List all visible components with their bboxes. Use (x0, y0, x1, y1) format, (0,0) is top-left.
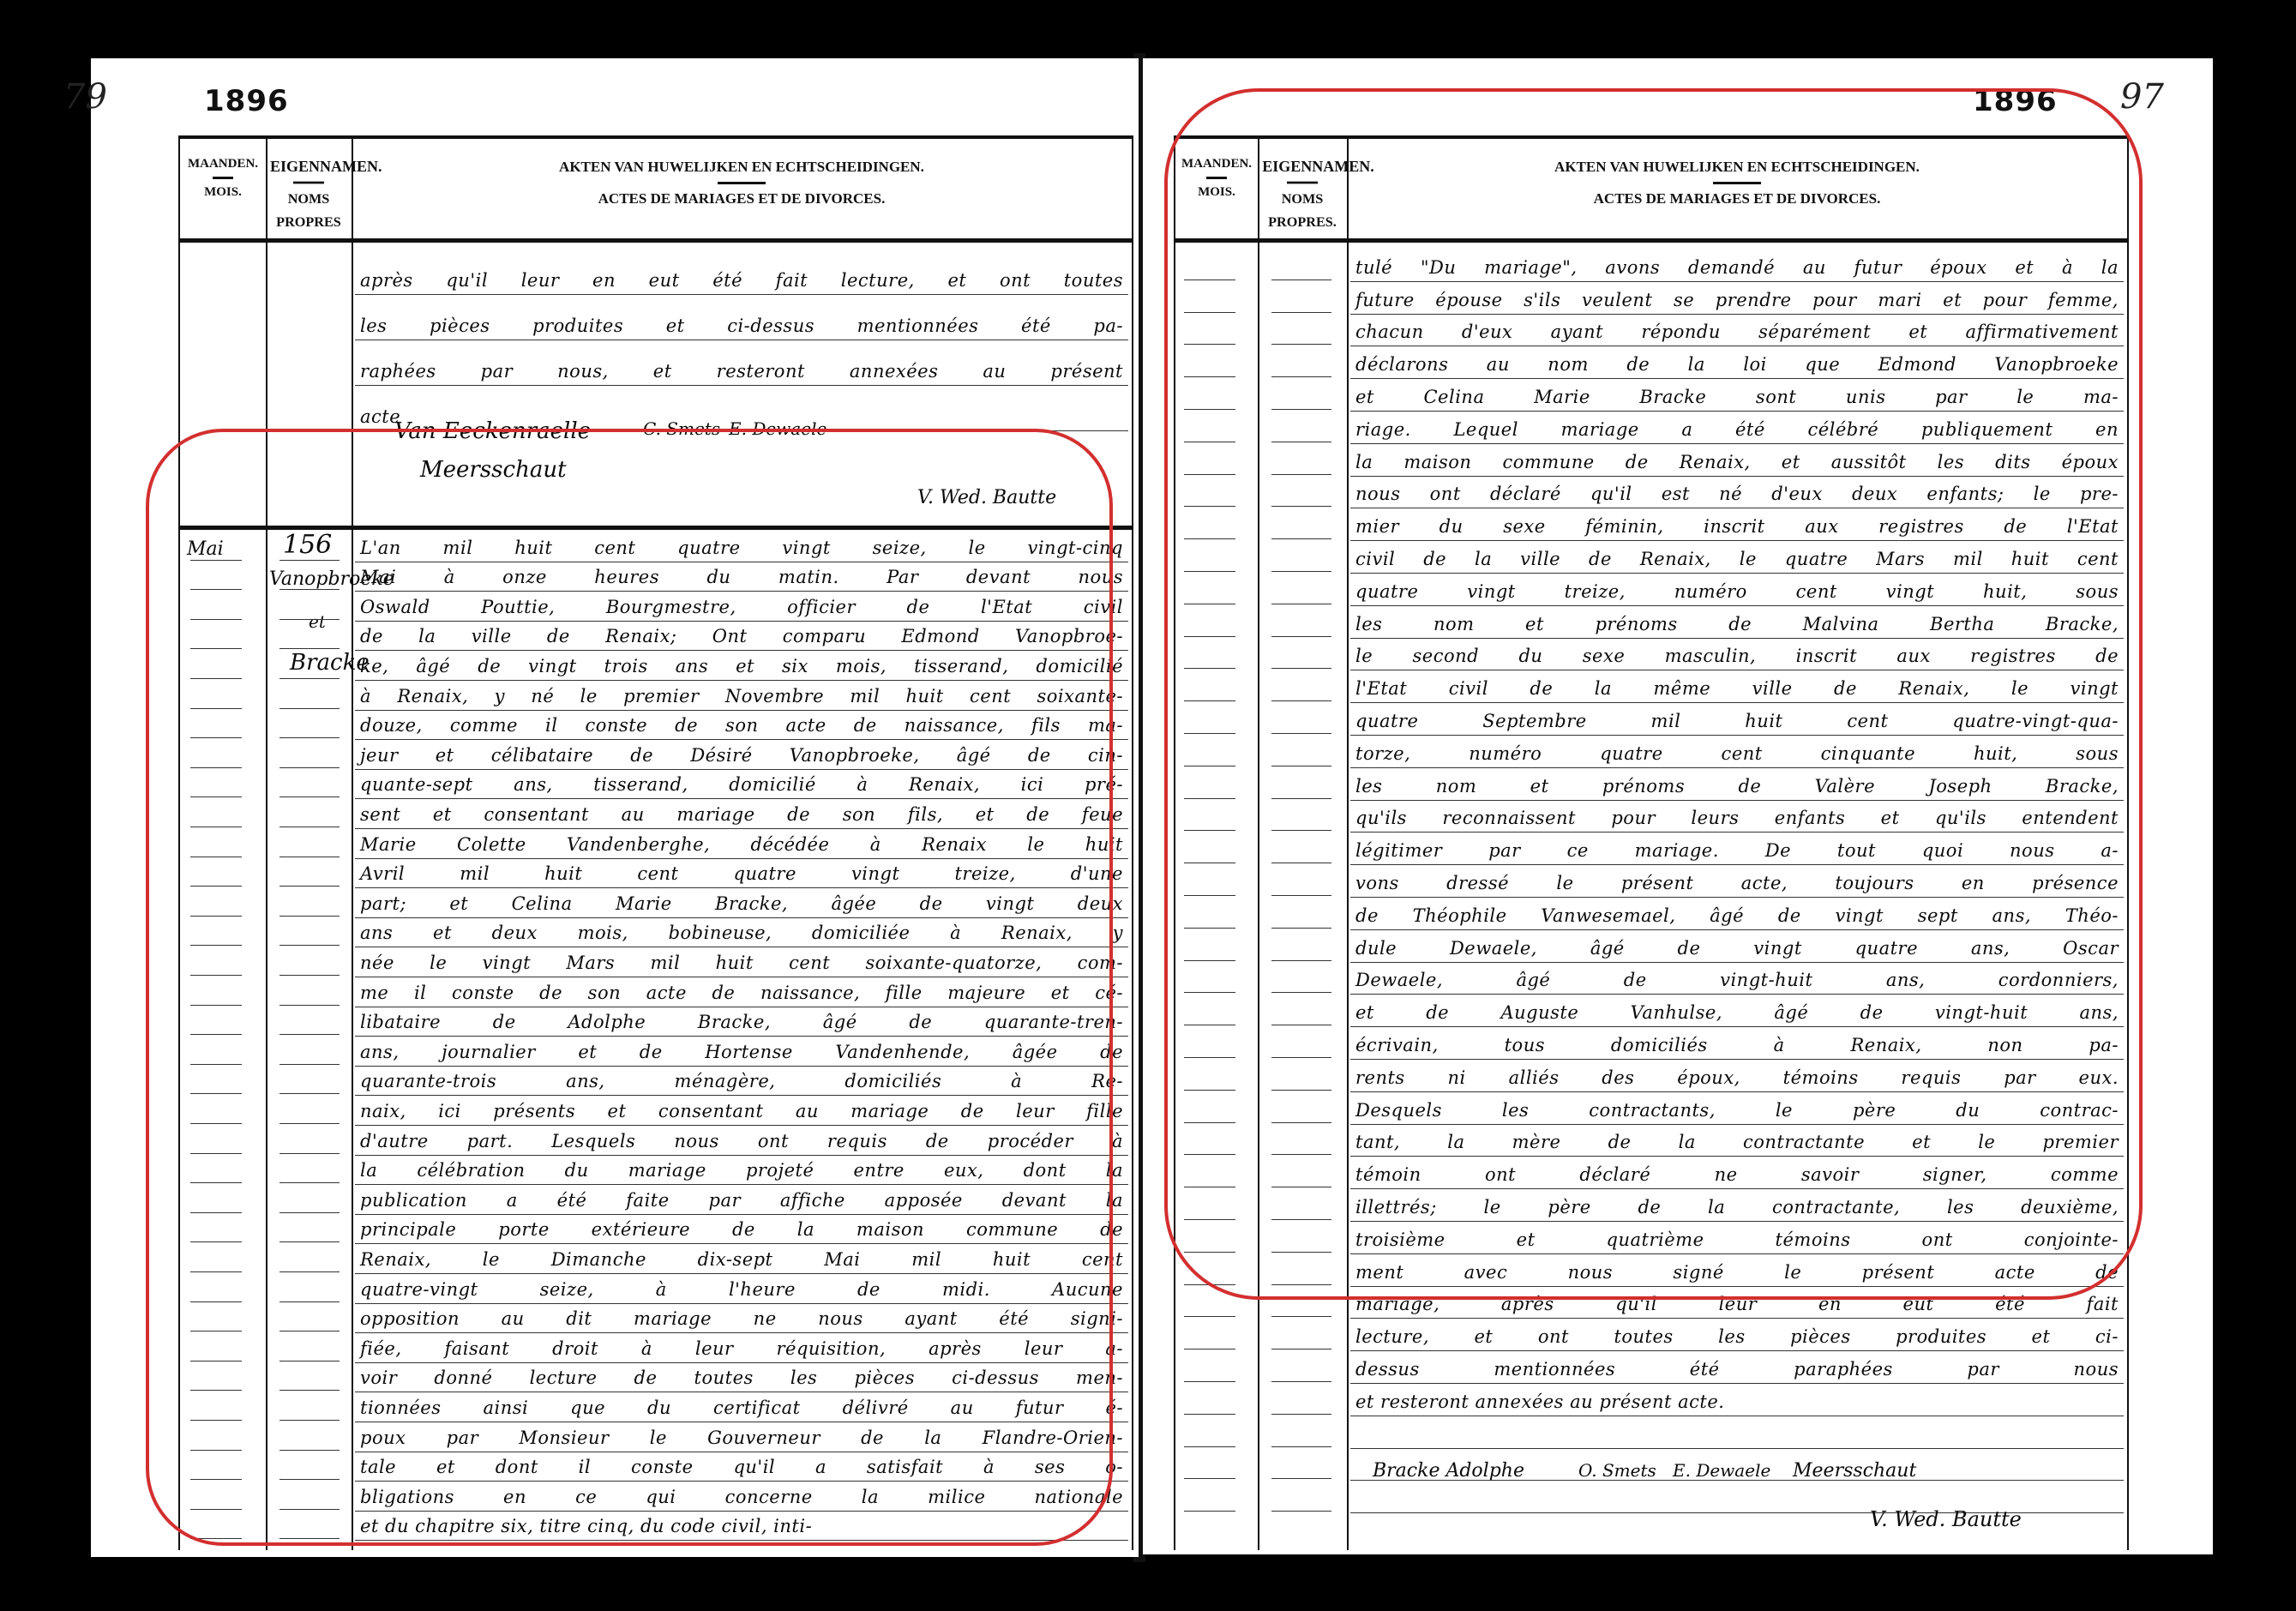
handwritten-text: future épouse s'ils veulent se prendre p… (1355, 290, 2119, 310)
ledger-table: MAANDEN. MOIS. EIGENNAMEN. NOMS PROPRES.… (1174, 135, 2129, 1550)
handwritten-text: douze, comme il conste de son acte de na… (360, 715, 1123, 736)
text-line: ment avec nous signé le présent acte de (1350, 1253, 2124, 1287)
ruled-line (1184, 668, 1235, 669)
text-line: lecture, et ont toutes les pièces produi… (1350, 1318, 2124, 1351)
text-line: torze, numéro quatre cent cinquante huit… (1350, 735, 2124, 768)
text-line: tulé "Du mariage", avons demandé au futu… (1350, 249, 2124, 282)
ruled-line (1184, 280, 1235, 280)
handwritten-text: naix, ici présents et consentant au mari… (360, 1101, 1123, 1121)
ruled-line (190, 886, 242, 887)
ruled-line (279, 1212, 340, 1213)
ruled-line (279, 737, 340, 738)
handwritten-text: rents ni alliés des époux, témoins requi… (1355, 1067, 2119, 1088)
handwritten-text: écrivain, tous domiciliés à Renaix, non … (1355, 1035, 2119, 1055)
ruled-line (1271, 1122, 1331, 1123)
ruled-line (1271, 668, 1331, 669)
handwritten-text: mariage, après qu'il leur en eut été fai… (1355, 1294, 2119, 1314)
ruled-line (1184, 442, 1235, 442)
register-year: 1896 (204, 84, 289, 118)
text-line: et de Auguste Vanhulse, âgé de vingt-hui… (1350, 994, 2124, 1027)
ruled-line (279, 560, 340, 561)
handwritten-text: le second du sexe masculin, inscrit aux … (1355, 646, 2119, 666)
ruled-line (1271, 344, 1331, 345)
ruled-line (190, 975, 242, 976)
text-line: ke, âgé de vingt trois ans et six mois, … (355, 650, 1128, 681)
text-line: part; et Celina Marie Bracke, âgée de vi… (355, 887, 1128, 918)
handwritten-text: légitimer par ce mariage. De tout quoi n… (1355, 840, 2119, 861)
handwritten-text: quante-sept ans, tisserand, domicilié à … (360, 774, 1123, 795)
signature: V. Wed. Bautte (1870, 1507, 2022, 1531)
text-line: opposition au dit mariage ne nous ayant … (355, 1303, 1128, 1334)
ruled-line (279, 1420, 340, 1421)
ruled-line (1271, 1316, 1331, 1317)
text-line: née le vingt Mars mil huit cent soixante… (355, 947, 1128, 977)
text-line: mier du sexe féminin, inscrit aux regist… (1350, 508, 2124, 541)
marriage-act-text: L'an mil huit cent quatre vingt seize, l… (355, 532, 1128, 1543)
ruled-line (1184, 798, 1235, 799)
text-line: et du chapitre six, titre cinq, du code … (355, 1511, 1128, 1542)
ruled-line (1271, 409, 1331, 410)
ruled-line (1184, 700, 1235, 701)
ruled-line (279, 767, 340, 768)
text-line: nous ont déclaré qu'il est né d'eux deux… (1350, 476, 2124, 509)
handwritten-text: principale porte extérieure de la maison… (360, 1219, 1123, 1240)
ruled-line (1184, 409, 1235, 410)
ruled-line (279, 1450, 340, 1451)
ruled-line (279, 1361, 340, 1362)
handwritten-text: nous ont déclaré qu'il est né d'eux deux… (1355, 484, 2119, 504)
text-line: quatre Septembre mil huit cent quatre-vi… (1350, 702, 2124, 736)
ruled-line (1271, 1219, 1331, 1220)
handwritten-text: quatre Septembre mil huit cent quatre-vi… (1355, 711, 2119, 731)
ruled-line (190, 737, 242, 738)
ruled-line (190, 1420, 242, 1421)
header-names: EIGENNAMEN. NOMS PROPRES. (1262, 155, 1343, 233)
ruled-line (1184, 1414, 1235, 1415)
ruled-line (1271, 442, 1331, 442)
ruled-line (1271, 1414, 1331, 1415)
text-line: légitimer par ce mariage. De tout quoi n… (1350, 832, 2124, 865)
signature: E. Dewaele (729, 418, 826, 439)
text-line: jeur et célibataire de Désiré Vanopbroek… (355, 739, 1128, 770)
handwritten-text: née le vingt Mars mil huit cent soixante… (360, 953, 1123, 973)
ruled-line (1184, 506, 1235, 507)
ruled-line (1271, 1446, 1331, 1447)
text-line: de Théophile Vanwesemael, âgé de vingt s… (1350, 897, 2124, 930)
ruled-line (279, 857, 340, 857)
ruled-line (1271, 1511, 1331, 1512)
handwritten-text: mier du sexe féminin, inscrit aux regist… (1355, 516, 2119, 537)
ruled-line (279, 1123, 340, 1124)
right-page: 97 1896 MAANDEN. MOIS. EIGENNAMEN. NOMS … (1143, 58, 2213, 1554)
handwritten-text: Dewaele, âgé de vingt-huit ans, cordonni… (1355, 970, 2119, 990)
handwritten-text: opposition au dit mariage ne nous ayant … (360, 1308, 1123, 1329)
handwritten-text: riage. Lequel mariage a été célébré publ… (1355, 419, 2119, 440)
handwritten-text: civil de la ville de Renaix, le quatre M… (1355, 549, 2119, 569)
ruled-line (190, 1361, 242, 1362)
text-line: après qu'il leur en eut été fait lecture… (360, 270, 1123, 291)
text-line: troisième et quatrième témoins ont conjo… (1350, 1221, 2124, 1254)
text-line: à Renaix, y né le premier Novembre mil h… (355, 680, 1128, 711)
text-line: tant, la mère de la contractante et le p… (1350, 1124, 2124, 1157)
handwritten-text: l'Etat civil de la même ville de Renaix,… (1355, 678, 2119, 699)
text-line: Mai à onze heures du matin. Par devant n… (355, 562, 1128, 592)
ruled-line (190, 1538, 242, 1539)
handwritten-text: ans, journalier et de Hortense Vandenhen… (360, 1042, 1123, 1062)
ruled-line (1271, 1478, 1331, 1479)
handwritten-text: part; et Celina Marie Bracke, âgée de vi… (360, 893, 1123, 914)
text-line: d'autre part. Lesquels nous ont requis d… (355, 1125, 1128, 1156)
header-names-nl: EIGENNAMEN. (270, 155, 347, 178)
ruled-line (1271, 506, 1331, 507)
ruled-line (1184, 376, 1235, 377)
ruled-line (190, 916, 242, 917)
handwritten-text: ke, âgé de vingt trois ans et six mois, … (360, 656, 1123, 676)
ruled-line (1184, 474, 1235, 475)
ruled-line (279, 1093, 340, 1094)
text-line: les pièces produites et ci-dessus mentio… (360, 316, 1123, 336)
header-month-nl: MAANDEN. (180, 154, 266, 173)
header-title: AKTEN VAN HUWELIJKEN EN ECHTSCHEIDINGEN.… (1347, 156, 2127, 210)
text-line: chacun d'eux ayant répondu séparément et… (1350, 314, 2124, 347)
text-line: dessus mentionnées été paraphées par nou… (1350, 1350, 2124, 1384)
ruled-line (190, 1005, 242, 1006)
text-line: illettrés; le père de la contractante, l… (1350, 1188, 2124, 1222)
text-line: témoin ont déclaré ne savoir signer, com… (1350, 1156, 2124, 1189)
ruled-line (190, 1271, 242, 1272)
text-line: ans, journalier et de Hortense Vandenhen… (355, 1036, 1128, 1067)
ruled-line (1271, 571, 1331, 572)
text-line: publication a été faite par affiche appo… (355, 1184, 1128, 1215)
ruled-line (279, 886, 340, 887)
header-title-fr: ACTES DE MARIAGES ET DE DIVORCES. (1347, 188, 2127, 210)
ruled-line (279, 1331, 340, 1331)
ruled-line (1184, 1025, 1235, 1025)
handwritten-text: fiée, faisant droit à leur réquisition, … (360, 1338, 1123, 1359)
handwritten-text: de Théophile Vanwesemael, âgé de vingt s… (1355, 905, 2119, 926)
ruled-line (279, 1301, 340, 1302)
handwritten-text: Marie Colette Vandenberghe, décédée à Re… (360, 834, 1123, 855)
text-line: L'an mil huit cent quatre vingt seize, l… (355, 532, 1128, 562)
ruled-line (1184, 830, 1235, 831)
ruled-line (1271, 895, 1331, 896)
text-line: tale et dont il conste qu'il a satisfait… (355, 1452, 1128, 1482)
handwritten-text: témoin ont déclaré ne savoir signer, com… (1355, 1164, 2119, 1185)
handwritten-text: publication a été faite par affiche appo… (360, 1190, 1123, 1211)
ruled-line (190, 1301, 242, 1302)
ruled-line (1184, 766, 1235, 766)
text-line: les nom et prénoms de Valère Joseph Brac… (1350, 767, 2124, 801)
ruled-line (279, 678, 340, 679)
header-title-nl: AKTEN VAN HUWELIJKEN EN ECHTSCHEIDINGEN. (1347, 156, 2127, 178)
ruled-line (279, 796, 340, 797)
handwritten-text: de la ville de Renaix; Ont comparu Edmon… (360, 626, 1123, 646)
ruled-line (1271, 1154, 1331, 1155)
ruled-line (1271, 1187, 1331, 1187)
handwritten-text: ans et deux mois, bobineuse, domiciliée … (360, 923, 1123, 943)
handwritten-text: sent et consentant au mariage de son fil… (360, 804, 1123, 825)
ruled-line (1271, 1252, 1331, 1253)
ruled-line (1184, 928, 1235, 929)
ruled-line (1184, 538, 1235, 539)
ruled-line (1184, 895, 1235, 896)
handwritten-text: d'autre part. Lesquels nous ont requis d… (360, 1131, 1123, 1151)
handwritten-text: troisième et quatrième témoins ont conjo… (1355, 1229, 2119, 1250)
text-line: la célébration du mariage projeté entre … (355, 1155, 1128, 1186)
handwritten-text: quarante-trois ans, ménagère, domiciliés… (360, 1071, 1123, 1091)
ruled-line (279, 708, 340, 709)
ruled-line (1184, 1511, 1235, 1512)
signature: Meersschaut (1793, 1460, 1916, 1482)
text-line: les nom et prénoms de Malvina Bertha Bra… (1350, 605, 2124, 639)
ruled-line (190, 1123, 242, 1124)
text-line: et resteront annexées au présent acte. (1350, 1383, 2124, 1416)
ruled-line (279, 589, 340, 590)
handwritten-text: torze, numéro quatre cent cinquante huit… (1355, 743, 2119, 764)
register-year: 1896 (1973, 84, 2058, 118)
text-line: poux par Monsieur le Gouverneur de la Fl… (355, 1422, 1128, 1452)
ruled-line (1271, 312, 1331, 313)
ruled-line (1184, 733, 1235, 734)
handwritten-text: les nom et prénoms de Malvina Bertha Bra… (1355, 614, 2119, 634)
text-line: riage. Lequel mariage a été célébré publ… (1350, 411, 2124, 444)
text-line: raphées par nous, et resteront annexées … (360, 361, 1123, 382)
handwritten-text: qu'ils reconnaissent pour leurs enfants … (1355, 808, 2119, 828)
ruled-line (190, 1153, 242, 1154)
text-line: Marie Colette Vandenberghe, décédée à Re… (355, 828, 1128, 859)
ruled-line (1271, 1057, 1331, 1058)
ruled-line (1271, 636, 1331, 637)
handwritten-text: et Celina Marie Bracke sont unis par le … (1355, 387, 2119, 407)
ruled-line (190, 796, 242, 797)
header-names-nl: EIGENNAMEN. (1262, 155, 1343, 178)
signature: O. Smets (1578, 1460, 1656, 1481)
text-line: naix, ici présents et consentant au mari… (355, 1095, 1128, 1126)
handwritten-text: déclarons au nom de la loi que Edmond Va… (1355, 354, 2119, 375)
text-line: fiée, faisant droit à leur réquisition, … (355, 1332, 1128, 1363)
ruled-line (1271, 1381, 1331, 1382)
ruled-line (190, 1064, 242, 1065)
text-line: Avril mil huit cent quatre vingt treize,… (355, 858, 1128, 889)
marriage-act-continuation-text: tulé "Du mariage", avons demandé au futu… (1350, 249, 2124, 1535)
ruled-line (1184, 636, 1235, 637)
ruled-line (279, 1034, 340, 1035)
ruled-line (279, 945, 340, 946)
handwritten-text: me il conste de son acte de naissance, f… (360, 983, 1123, 1003)
text-line: vons dressé le présent acte, toujours en… (1350, 864, 2124, 898)
ruled-line (1184, 1090, 1235, 1091)
header-names-fr: NOMS PROPRES (270, 187, 347, 233)
ruled-line (1271, 863, 1331, 863)
text-line: de la ville de Renaix; Ont comparu Edmon… (355, 621, 1128, 652)
text-line: qu'ils reconnaissent pour leurs enfants … (1350, 800, 2124, 833)
ruled-line (1271, 538, 1331, 539)
handwritten-text: Mai à onze heures du matin. Par devant n… (360, 567, 1123, 587)
ruled-line (190, 945, 242, 946)
ruled-line (1184, 1284, 1235, 1285)
handwritten-text: tale et dont il conste qu'il a satisfait… (360, 1457, 1123, 1477)
ruled-line (190, 648, 242, 649)
ruled-line (190, 827, 242, 827)
ruled-line (1271, 700, 1331, 701)
ruled-line (279, 1064, 340, 1065)
ruled-line (1271, 928, 1331, 929)
text-line: tionnées ainsi que du certificat délivré… (355, 1392, 1128, 1422)
folio-mark: 97 (2120, 77, 2164, 117)
signature: Bracke Adolphe (1373, 1460, 1524, 1482)
signature: Van Eeckenraelle (394, 418, 591, 444)
ruled-line (1184, 571, 1235, 572)
ruled-line (190, 589, 242, 590)
ruled-line (279, 975, 340, 976)
ruled-line (279, 1509, 340, 1510)
handwritten-text: Avril mil huit cent quatre vingt treize,… (360, 863, 1123, 884)
ruled-line (190, 1241, 242, 1242)
text-line: dule Dewaele, âgé de vingt quatre ans, O… (1350, 929, 2124, 963)
handwritten-text: chacun d'eux ayant répondu séparément et… (1355, 322, 2119, 342)
text-line: sent et consentant au mariage de son fil… (355, 798, 1128, 829)
text-line: me il conste de son acte de naissance, f… (355, 977, 1128, 1007)
signature: C. Smets (643, 418, 720, 439)
header-names: EIGENNAMEN. NOMS PROPRES (270, 155, 347, 233)
ruled-line (279, 827, 340, 827)
handwritten-text: quatre vingt treize, numéro cent vingt h… (1355, 581, 2119, 602)
ruled-line (1271, 830, 1331, 831)
handwritten-text: lecture, et ont toutes les pièces produi… (1355, 1326, 2119, 1347)
ruled-line (1271, 798, 1331, 799)
ruled-line (1184, 1349, 1235, 1350)
ruled-line (190, 560, 242, 561)
text-line: ans et deux mois, bobineuse, domiciliée … (355, 917, 1128, 948)
header-names-fr: NOMS PROPRES. (1262, 187, 1343, 233)
ruled-line (279, 619, 340, 620)
ruled-line (279, 648, 340, 649)
ruled-line (279, 1005, 340, 1006)
ruled-line (1184, 1122, 1235, 1123)
ruled-line (1184, 1252, 1235, 1253)
ruled-line (1184, 992, 1235, 993)
ruled-line (1271, 960, 1331, 961)
text-line: Dewaele, âgé de vingt-huit ans, cordonni… (1350, 962, 2124, 995)
ruled-line (1184, 1316, 1235, 1317)
ruled-line (1184, 312, 1235, 313)
header-month: MAANDEN. MOIS. (180, 154, 266, 201)
ruled-line (1271, 1349, 1331, 1350)
ruled-line (190, 1450, 242, 1451)
ruled-line (1184, 1478, 1235, 1479)
handwritten-text: et resteront annexées au présent acte. (1355, 1392, 2119, 1412)
text-line: douze, comme il conste de son acte de na… (355, 710, 1128, 741)
ruled-line (1184, 1381, 1235, 1382)
ruled-line (1184, 344, 1235, 345)
text-line: future épouse s'ils veulent se prendre p… (1350, 281, 2124, 315)
header-month: MAANDEN. MOIS. (1175, 154, 1258, 201)
text-line: Desquels les contractants, le père du co… (1350, 1091, 2124, 1125)
ruled-line (190, 1479, 242, 1480)
handwritten-text: Renaix, le Dimanche dix-sept Mai mil hui… (360, 1249, 1123, 1270)
ruled-line (279, 1271, 340, 1272)
handwritten-text: tionnées ainsi que du certificat délivré… (360, 1398, 1123, 1418)
handwritten-text: tant, la mère de la contractante et le p… (1355, 1132, 2119, 1152)
ruled-line (190, 1509, 242, 1510)
ruled-line (190, 708, 242, 709)
ruled-line (1184, 604, 1235, 604)
handwritten-text: vons dressé le présent acte, toujours en… (1355, 873, 2119, 893)
handwritten-text: Oswald Pouttie, Bourgmestre, officier de… (360, 597, 1123, 617)
ruled-line (279, 1479, 340, 1480)
handwritten-text: et de Auguste Vanhulse, âgé de vingt-hui… (1355, 1002, 2119, 1023)
handwritten-text: voir donné lecture de toutes les pièces … (360, 1368, 1123, 1388)
handwritten-text: L'an mil huit cent quatre vingt seize, l… (360, 538, 1123, 558)
ruled-line (1184, 863, 1235, 863)
ruled-line (1184, 1446, 1235, 1447)
handwritten-text: libataire de Adolphe Bracke, âgé de quar… (360, 1012, 1123, 1032)
ruled-line (1271, 1284, 1331, 1285)
ruled-line (279, 1390, 340, 1391)
ruled-line (190, 857, 242, 857)
ruled-line (1184, 1187, 1235, 1187)
ruled-line (190, 1182, 242, 1183)
ruled-line (190, 1034, 242, 1035)
handwritten-text: à Renaix, y né le premier Novembre mil h… (360, 686, 1123, 706)
handwritten-text: jeur et célibataire de Désiré Vanopbroek… (360, 745, 1123, 766)
handwritten-text: la célébration du mariage projeté entre … (360, 1160, 1123, 1181)
text-line: et Celina Marie Bracke sont unis par le … (1350, 378, 2124, 412)
handwritten-text: tulé "Du mariage", avons demandé au futu… (1355, 257, 2119, 278)
text-line: principale porte extérieure de la maison… (355, 1214, 1128, 1245)
handwritten-text: illettrés; le père de la contractante, l… (1355, 1197, 2119, 1217)
ruled-line (1271, 733, 1331, 734)
ruled-line (1271, 376, 1331, 377)
ruled-line (279, 1538, 340, 1539)
header-title-nl: AKTEN VAN HUWELIJKEN EN ECHTSCHEIDINGEN. (352, 156, 1132, 178)
ruled-line (190, 619, 242, 620)
handwritten-text: quatre-vingt seize, à l'heure de midi. A… (360, 1279, 1123, 1300)
ruled-line (1184, 1057, 1235, 1058)
signature: V. Wed. Bautte (917, 487, 1056, 508)
header-month-fr: MOIS. (180, 183, 266, 201)
text-line: rents ni alliés des époux, témoins requi… (1350, 1059, 2124, 1092)
text-line: mariage, après qu'il leur en eut été fai… (1350, 1286, 2124, 1319)
handwritten-text: Desquels les contractants, le père du co… (1355, 1100, 2119, 1121)
folio-mark: 79 (63, 77, 107, 117)
text-line: bligations en ce qui concerne la milice … (355, 1481, 1128, 1512)
text-line: civil de la ville de Renaix, le quatre M… (1350, 540, 2124, 574)
ruled-line (1271, 474, 1331, 475)
ruled-line (190, 1212, 242, 1213)
handwritten-text: ment avec nous signé le présent acte de (1355, 1262, 2119, 1283)
signature: E. Dewaele (1673, 1460, 1770, 1481)
ruled-line (1271, 992, 1331, 993)
text-line (1350, 1416, 2124, 1449)
ruled-line (1184, 1219, 1235, 1220)
text-line: écrivain, tous domiciliés à Renaix, non … (1350, 1026, 2124, 1060)
ruled-line (279, 1241, 340, 1242)
text-line: quante-sept ans, tisserand, domicilié à … (355, 769, 1128, 800)
signature: Meersschaut (420, 457, 567, 483)
text-line: la maison commune de Renaix, et aussitôt… (1350, 443, 2124, 477)
text-line: quatre-vingt seize, à l'heure de midi. A… (355, 1273, 1128, 1304)
ruled-line (1184, 960, 1235, 961)
ruled-line (1271, 1090, 1331, 1091)
handwritten-text: les nom et prénoms de Valère Joseph Brac… (1355, 776, 2119, 796)
ledger-table: MAANDEN. MOIS. EIGENNAMEN. NOMS PROPRES … (178, 135, 1133, 1550)
ruled-line (190, 678, 242, 679)
text-line: quatre vingt treize, numéro cent vingt h… (1350, 573, 2124, 606)
handwritten-text: dessus mentionnées été paraphées par nou… (1355, 1359, 2119, 1380)
ruled-line (1184, 1154, 1235, 1155)
handwritten-text: et du chapitre six, titre cinq, du code … (360, 1516, 1123, 1536)
